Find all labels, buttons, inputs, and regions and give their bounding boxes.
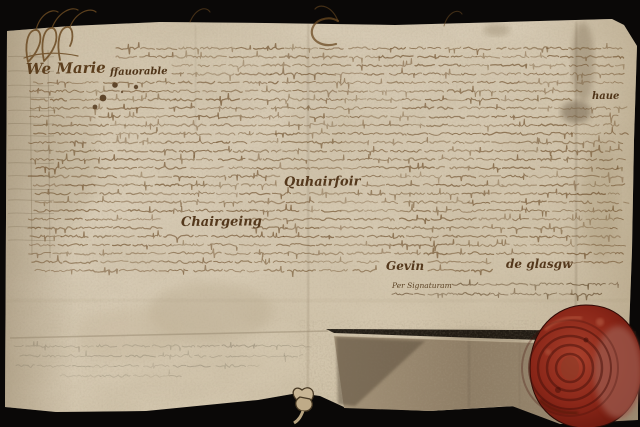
- word-quhairfoir: Quhairfoir: [284, 174, 362, 190]
- charter-scene: We Marie ffauorable haue Quhairfoir Chai…: [0, 0, 640, 427]
- word-ffauorable: ffauorable: [109, 66, 168, 78]
- left-edge-shading: [5, 20, 75, 420]
- seal-centre-device: [561, 356, 579, 380]
- word-haue: haue: [592, 91, 619, 102]
- word-chairgeing: Chairgeing: [181, 214, 262, 230]
- photograph-of-parchment-charter: We Marie ffauorable haue Quhairfoir Chai…: [0, 0, 640, 427]
- word-de-glasgw: de glasgw: [506, 257, 573, 271]
- word-gevin: Gevin: [386, 259, 424, 273]
- docket-per-signaturam: Per Signaturam: [391, 281, 452, 290]
- opening-words: We Marie: [26, 59, 106, 78]
